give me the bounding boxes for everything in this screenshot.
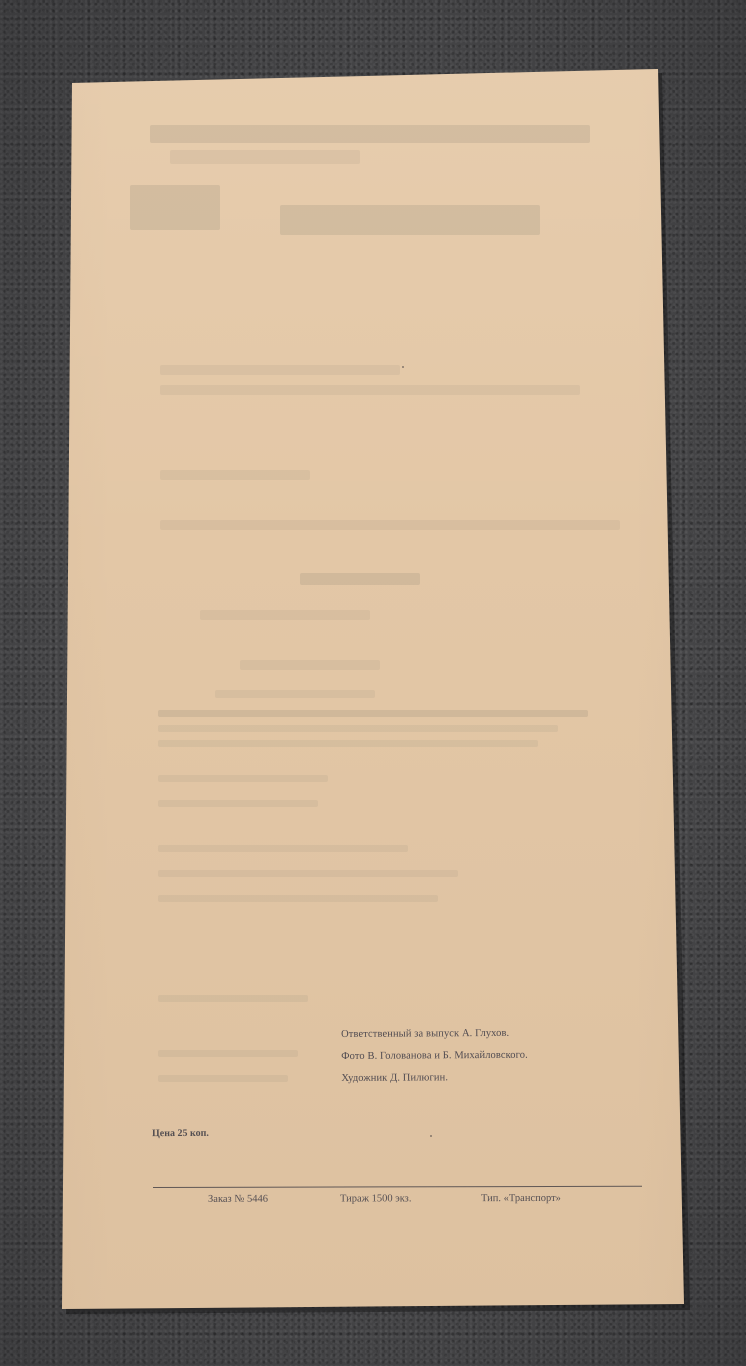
show-through-line bbox=[160, 470, 310, 480]
print-run: Тираж 1500 экз. bbox=[340, 1193, 411, 1204]
show-through-block bbox=[130, 185, 220, 230]
show-through-heading bbox=[300, 573, 420, 585]
show-through-line bbox=[160, 520, 620, 530]
show-through-line bbox=[158, 800, 318, 807]
show-through-line bbox=[158, 895, 438, 902]
show-through-line bbox=[158, 870, 458, 877]
price-label: Цена 25 коп. bbox=[152, 1128, 209, 1139]
artist-credit-line: Художник Д. Пилюгин. bbox=[341, 1067, 528, 1090]
order-number: Заказ № 5446 bbox=[208, 1194, 268, 1205]
show-through-line bbox=[215, 690, 375, 698]
show-through-line bbox=[160, 365, 400, 375]
printer-name: Тип. «Транспорт» bbox=[481, 1193, 561, 1204]
show-through-line bbox=[200, 610, 370, 620]
photo-credit-line: Фото В. Голованова и Б. Михайловского. bbox=[341, 1045, 528, 1068]
show-through-line bbox=[158, 995, 308, 1002]
show-through-line bbox=[240, 660, 380, 670]
colophon: Ответственный за выпуск А. Глухов. Фото … bbox=[341, 1023, 528, 1090]
show-through-line bbox=[158, 740, 538, 747]
paper-speck bbox=[402, 366, 404, 368]
show-through-line bbox=[158, 725, 558, 732]
paper-sheet bbox=[0, 0, 746, 1366]
show-through-line bbox=[158, 1050, 298, 1057]
paper-speck bbox=[430, 1135, 432, 1137]
show-through-line bbox=[170, 150, 360, 164]
show-through-line bbox=[158, 710, 588, 717]
show-through-line bbox=[158, 775, 328, 782]
show-through-line bbox=[158, 1075, 288, 1082]
show-through-block bbox=[280, 205, 540, 235]
responsible-editor-line: Ответственный за выпуск А. Глухов. bbox=[341, 1023, 528, 1046]
show-through-line bbox=[160, 385, 580, 395]
show-through-title bbox=[150, 125, 590, 143]
show-through-line bbox=[158, 845, 408, 852]
